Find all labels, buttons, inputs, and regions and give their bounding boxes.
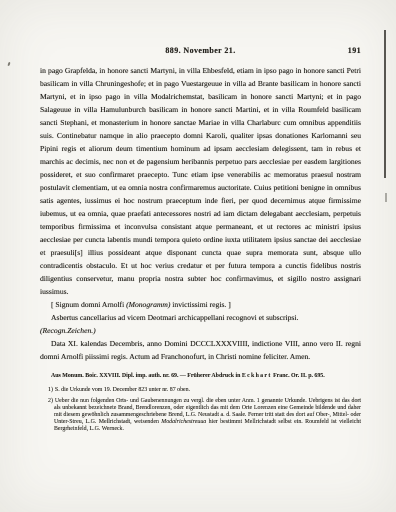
text-segment: (Recogn.Zeichen.) [40,326,96,335]
date-heading: 889. November 21. [165,46,235,55]
charter-body-text: in pago Grapfelda, in honore sancti Mart… [40,64,361,363]
text-segment: [ Signum domni Arnolfi [51,300,126,309]
scan-artifact-right-margin-line [384,30,386,178]
charter-paragraph: in pago Grapfelda, in honore sancti Mart… [40,64,361,298]
charter-paragraph: [ Signum domni Arnolfi (Monogramm) invic… [40,298,361,311]
scan-artifact-left-speck [7,62,10,66]
running-header: 889. November 21. 191 [40,46,361,55]
scan-artifact-right-dash [385,193,387,202]
text-segment: Eckhart [242,373,272,379]
text-segment: (Monogramm) [126,300,170,309]
scanned-book-page: 889. November 21. 191 in pago Grapfelda,… [0,0,396,512]
source-note-line: Aus Monum. Boic. XXVIII. Dipl. imp. auth… [40,372,361,380]
text-segment: Modalrichestreuua [161,419,206,425]
charter-paragraph: Data XI. kalendas Decembris, anno Domini… [40,337,361,363]
text-segment: Aus Monum. Boic. XXVIII. Dipl. imp. auth… [51,373,242,379]
footnote-marker: 1) [48,387,55,393]
footnotes-block: 1)S. die Urkunde vom 19. December 823 un… [40,387,361,433]
footnote-marker: 2) [48,398,55,404]
charter-paragraph: Asbertus cancellarius ad vicem Deotmari … [40,311,361,324]
text-segment: invictissimi regis. ] [170,300,230,309]
charter-paragraph: (Recogn.Zeichen.) [40,324,361,337]
footnote: 2)Ueber die nun folgenden Orts- und Gaub… [40,398,361,433]
page-number: 191 [348,46,361,55]
footnote: 1)S. die Urkunde vom 19. December 823 un… [40,387,361,394]
text-segment: S. die Urkunde vom 19. December 823 unte… [55,387,190,393]
text-segment: in pago Grapfelda, in honore sancti Mart… [40,66,361,296]
page-content: 889. November 21. 191 in pago Grapfelda,… [40,46,361,437]
text-segment: Franc. Or. II. p. 695. [272,373,325,379]
text-segment: Asbertus cancellarius ad vicem Deotmari … [51,313,298,322]
text-segment: Data XI. kalendas Decembris, anno Domini… [40,339,361,361]
source-note: Aus Monum. Boic. XXVIII. Dipl. imp. auth… [40,372,361,380]
